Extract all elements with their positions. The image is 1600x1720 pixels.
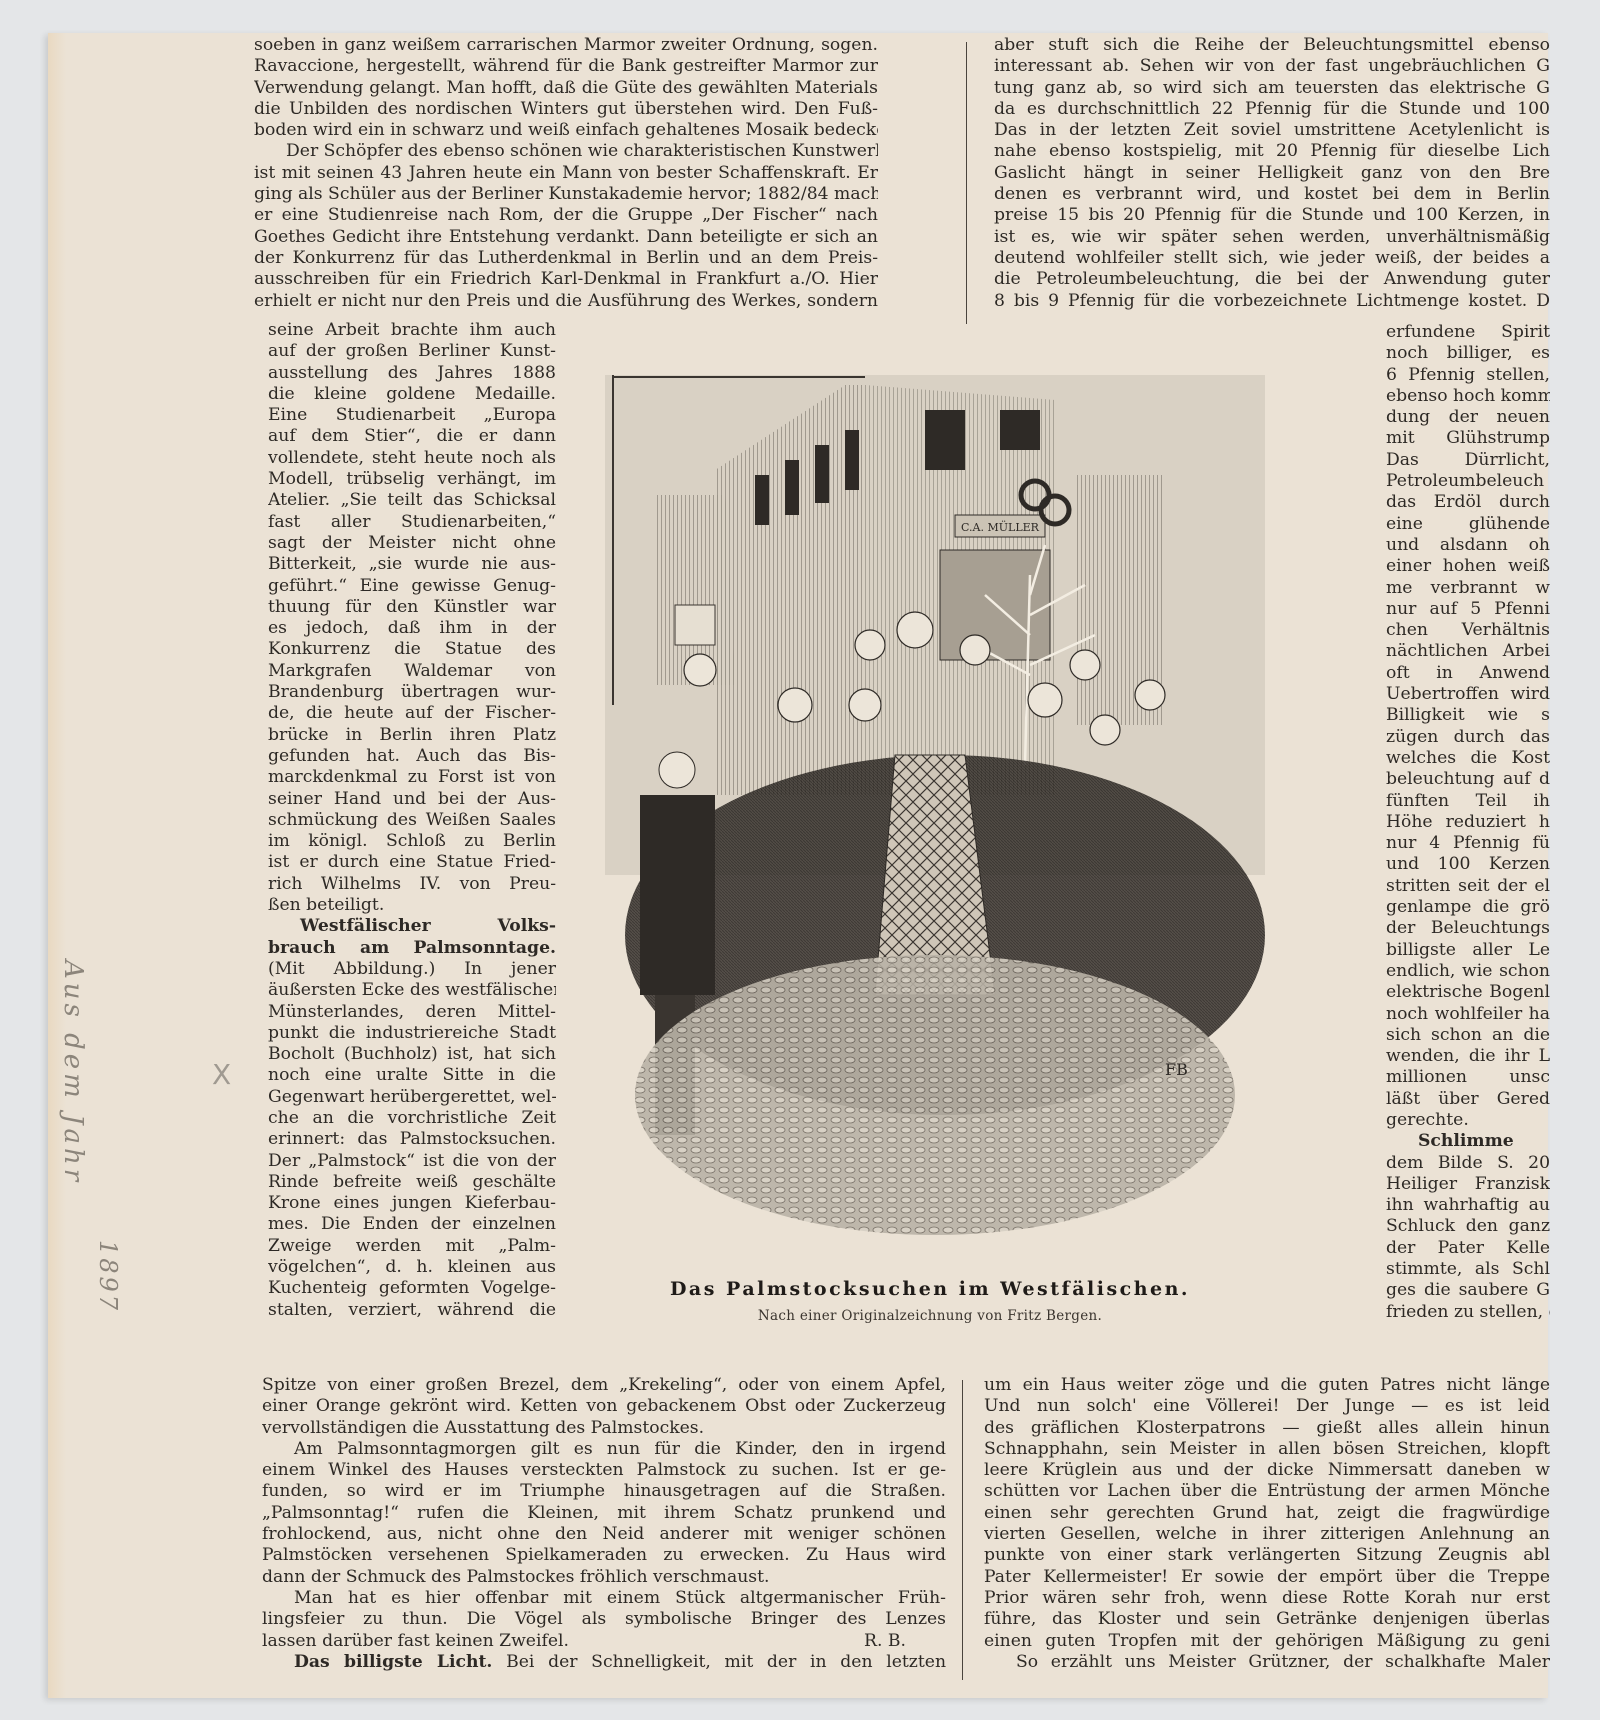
text-line: Billigkeit wie s [1386, 705, 1550, 726]
caption-title: Das Palmstocksuchen im Westfälischen. [640, 1278, 1220, 1300]
text-line: de, die heute auf der Fischer- [268, 703, 556, 724]
text-line: läßt über Gered [1386, 1089, 1550, 1110]
text-line: ist es, wie wir später sehen werden, unv… [994, 227, 1550, 248]
text-line: dem Bilde S. 20 [1386, 1153, 1550, 1174]
text-line: Schluck den ganz [1386, 1216, 1550, 1237]
pencil-mark: X [212, 1058, 231, 1091]
text-line: beleuchtung auf d [1386, 769, 1550, 790]
text-line: frieden zu stellen, d [1386, 1302, 1550, 1323]
text-line: da es durchschnittlich 22 Pfennig für di… [994, 99, 1550, 120]
text-line: der Pater Kelle [1386, 1238, 1550, 1259]
text-line: oft in Anwend [1386, 663, 1550, 684]
text-line: Der Schöpfer des ebenso schönen wie char… [254, 141, 878, 162]
text-line: brücke in Berlin ihren Platz [268, 725, 556, 746]
top-left-column: soeben in ganz weißem carrarischen Marmo… [254, 35, 878, 312]
text-line: tung ganz ab, so wird sich am teuersten … [994, 78, 1550, 99]
text-line: thuung für den Künstler war [268, 597, 556, 618]
text-line: soeben in ganz weißem carrarischen Marmo… [254, 35, 878, 56]
text-line: ßen beteiligt. [268, 895, 556, 916]
text-line: Petroleumbeleuch [1386, 471, 1550, 492]
text-line: punkte von einer stark verlängerten Sitz… [984, 1545, 1550, 1566]
caption-credit: Nach einer Originalzeichnung von Fritz B… [640, 1308, 1220, 1324]
text-line: Gegenwart herübergerettet, wel- [268, 1087, 556, 1108]
text-line: che an die vorchristliche Zeit [268, 1108, 556, 1129]
text-line: und alsdann oh [1386, 535, 1550, 556]
text-line: äußersten Ecke des westfälischen [268, 980, 556, 1001]
text-line: schmückung des Weißen Saales [268, 810, 556, 831]
text-line: boden wird ein in schwarz und weiß einfa… [254, 120, 878, 141]
text-line: führe, das Kloster und sein Getränke den… [984, 1609, 1550, 1630]
bottom-left-column: Spitze von einer großen Brezel, dem „Kre… [262, 1375, 946, 1673]
text-line: noch billiger, es [1386, 343, 1550, 364]
top-right-column: aber stuft sich die Reihe der Beleuchtun… [994, 35, 1550, 312]
section-heading: brauch am Palmsonntage. [268, 938, 556, 959]
text-line: dung der neuen [1386, 407, 1550, 428]
text-line: elektrische Bogenl [1386, 982, 1550, 1003]
text-line: nur auf 5 Pfenni [1386, 599, 1550, 620]
text-line: marckdenkmal zu Forst ist von [268, 767, 556, 788]
text-line: eine glühende [1386, 514, 1550, 535]
text-line: So erzählt uns Meister Grützner, der sch… [984, 1652, 1550, 1673]
text-line: sich schon an die [1386, 1025, 1550, 1046]
handwritten-source-note: Aus dem Jahr [58, 960, 88, 1185]
text-line: interessant ab. Sehen wir von der fast u… [994, 56, 1550, 77]
text-line: Am Palmsonntagmorgen gilt es nun für die… [262, 1439, 946, 1460]
text-line: der Konkurrenz für das Lutherdenkmal in … [254, 248, 878, 269]
text-line: ist mit seinen 43 Jahren heute ein Mann … [254, 163, 878, 184]
text-line: einem Winkel des Hauses versteckten Palm… [262, 1460, 946, 1481]
text-line: millionen unsc [1386, 1067, 1550, 1088]
text-line: chen Verhältnis [1386, 620, 1550, 641]
text-line: er eine Studienreise nach Rom, der die G… [254, 205, 878, 226]
text-line: noch wohlfeiler ha [1386, 1004, 1550, 1025]
text-line: fünften Teil ih [1386, 791, 1550, 812]
text-line: preise 15 bis 20 Pfennig für die Stunde … [994, 205, 1550, 226]
text-line: des gräflichen Klosterpatrons — gießt al… [984, 1418, 1550, 1439]
text-line: ihn wahrhaftig au [1386, 1195, 1550, 1216]
text-line: einer hohen weiß [1386, 556, 1550, 577]
text-line: Und nun solch' eine Völlerei! Der Junge … [984, 1396, 1550, 1417]
text-line: Man hat es hier offenbar mit einem Stück… [262, 1588, 946, 1609]
text-line: dann der Schmuck des Palmstockes fröhlic… [262, 1567, 946, 1588]
text-line: zügen durch das [1386, 727, 1550, 748]
text-line: geführt.“ Eine gewisse Genug- [268, 576, 556, 597]
text-line: leere Krüglein aus und der dicke Nimmers… [984, 1460, 1550, 1481]
section-start: Das billigste Licht. Bei der Schnelligke… [262, 1652, 946, 1673]
text-line: lassen darüber fast keinen Zweifel. [262, 1631, 569, 1652]
text-line: ges die saubere G [1386, 1280, 1550, 1301]
text-line: im königl. Schloß zu Berlin [268, 831, 556, 852]
text-line: denen es verbrannt wird, und kostet bei … [994, 184, 1550, 205]
text-line: genlampe die grö [1386, 897, 1550, 918]
text-line: Das Dürrlicht, [1386, 450, 1550, 471]
text-line: vögelchen“, d. h. kleinen aus [268, 1257, 556, 1278]
section-heading: Westfälischer Volks- [268, 916, 556, 937]
text-line: mit Glühstrump [1386, 428, 1550, 449]
text-line: Kuchenteig geformten Vogelge- [268, 1278, 556, 1299]
text-line: der Beleuchtungs [1386, 918, 1550, 939]
text-line: Uebertroffen wird [1386, 684, 1550, 705]
text-line: Pater Kellermeister! Er sowie der empört… [984, 1567, 1550, 1588]
text-line: auf dem Stier“, die er dann [268, 426, 556, 447]
text-line: 6 Pfennig stellen, [1386, 365, 1550, 386]
text-line: wenden, die ihr L [1386, 1046, 1550, 1067]
text-line: „Palmsonntag!“ rufen die Kleinen, mit ih… [262, 1503, 946, 1524]
narrow-left-column: seine Arbeit brachte ihm auchauf der gro… [268, 320, 556, 1321]
text-line: gerechte. [1386, 1110, 1550, 1131]
text-line: rich Wilhelms IV. von Preu- [268, 874, 556, 895]
text-line: ebenso hoch komm [1386, 386, 1550, 407]
text-line: vollendete, steht heute noch als [268, 448, 556, 469]
text-line: welches die Kost [1386, 748, 1550, 769]
text-line: Modell, trübselig verhängt, im [268, 469, 556, 490]
engraving-illustration: C.A. MÜLLER [605, 375, 1265, 1245]
text-line: aber stuft sich die Reihe der Beleuchtun… [994, 35, 1550, 56]
text-line: noch eine uralte Sitte in die [268, 1065, 556, 1086]
palmstock-engraving: C.A. MÜLLER [605, 375, 1265, 1245]
text-line: erfundene Spirit [1386, 322, 1550, 343]
text-line: Konkurrenz die Statue des [268, 639, 556, 660]
text-line: Ravaccione, hergestellt, während für die… [254, 56, 878, 77]
text-line: stimmte, als Schl [1386, 1259, 1550, 1280]
text-line: fast aller Studienarbeiten,“ [268, 512, 556, 533]
text-line: 8 bis 9 Pfennig für die vorbezeichnete L… [994, 291, 1550, 312]
text-line: Der „Palmstock“ ist die von der [268, 1151, 556, 1172]
text-line: ging als Schüler aus der Berliner Kunsta… [254, 184, 878, 205]
text-line: einen guten Tropfen mit der gehörigen Mä… [984, 1631, 1550, 1652]
text-line: vierten Gesellen, welche in ihrer zitter… [984, 1524, 1550, 1545]
section-heading: Das billigste Licht. [294, 1652, 492, 1672]
text-line: vervollständigen die Ausstattung des Pal… [262, 1418, 946, 1439]
text-line: Krone eines jungen Kieferbau- [268, 1193, 556, 1214]
text-line: Gaslicht hängt in seiner Helligkeit ganz… [994, 163, 1550, 184]
text-line: Brandenburg übertragen wur- [268, 682, 556, 703]
text-line: lingsfeier zu thun. Die Vögel als symbol… [262, 1609, 946, 1630]
text-line: sagt der Meister nicht ohne [268, 533, 556, 554]
text-line: Verwendung gelangt. Man hofft, daß die G… [254, 78, 878, 99]
text-line: funden, so wird er im Triumphe hinausget… [262, 1481, 946, 1502]
text-line: erinnert: das Palmstocksuchen. [268, 1129, 556, 1150]
text-line: einen sehr gerechten Grund hat, zeigt di… [984, 1503, 1550, 1524]
text-line: Rinde befreite weiß geschälte [268, 1172, 556, 1193]
text-line: ausschreiben für ein Friedrich Karl-Denk… [254, 269, 878, 290]
column-divider-top [966, 42, 967, 324]
text-line: Schnapphahn, sein Meister in allen bösen… [984, 1439, 1550, 1460]
narrow-right-column: erfundene Spiritnoch billiger, es6 Pfenn… [1386, 322, 1550, 1323]
text-line: schütten vor Lachen über die Entrüstung … [984, 1481, 1550, 1502]
text-line: Das in der letzten Zeit soviel umstritte… [994, 120, 1550, 141]
author-initials: R. B. [864, 1631, 906, 1652]
text-line: Palmstöcken versehenen Spielkameraden zu… [262, 1545, 946, 1566]
text-line: das Erdöl durch [1386, 492, 1550, 513]
text-line: billigste aller Le [1386, 940, 1550, 961]
text-line: Heiliger Franzisk [1386, 1174, 1550, 1195]
text-line: mes. Die Enden der einzelnen [268, 1214, 556, 1235]
text-line: deutend wohlfeiler stellt sich, wie jede… [994, 248, 1550, 269]
text-line: Münsterlandes, deren Mittel- [268, 1002, 556, 1023]
text-line: die Petroleumbeleuchtung, die bei der An… [994, 269, 1550, 290]
shop-sign-text: C.A. MÜLLER [961, 520, 1040, 534]
text-line: Atelier. „Sie teilt das Schicksal [268, 490, 556, 511]
text-line: und 100 Kerzen [1386, 854, 1550, 875]
text-line: seine Arbeit brachte ihm auch [268, 320, 556, 341]
text-line: um ein Haus weiter zöge und die guten Pa… [984, 1375, 1550, 1396]
text-line: Bei der Schnelligkeit, mit der in den le… [492, 1652, 946, 1672]
artist-monogram: FB [1165, 1060, 1188, 1079]
text-line: ausstellung des Jahres 1888 [268, 363, 556, 384]
text-line: es jedoch, daß ihm in der [268, 618, 556, 639]
text-line: stritten seit der el [1386, 876, 1550, 897]
text-line: frohlockend, aus, nicht ohne den Neid an… [262, 1524, 946, 1545]
illustration-caption: Das Palmstocksuchen im Westfälischen. Na… [640, 1278, 1220, 1324]
text-line: lassen darüber fast keinen Zweifel.R. B. [262, 1631, 946, 1652]
text-line: Zweige werden mit „Palm- [268, 1236, 556, 1257]
section-heading: Schlimme [1386, 1131, 1550, 1152]
text-line: ist er durch eine Statue Fried- [268, 852, 556, 873]
text-line: auf der großen Berliner Kunst- [268, 341, 556, 362]
text-line: punkt die industriereiche Stadt [268, 1023, 556, 1044]
text-line: gefunden hat. Auch das Bis- [268, 746, 556, 767]
text-line: me verbrannt w [1386, 578, 1550, 599]
text-line: erhielt er nicht nur den Preis und die A… [254, 291, 878, 312]
text-line: einer Orange gekrönt wird. Ketten von ge… [262, 1396, 946, 1417]
text-line: endlich, wie schon [1386, 961, 1550, 982]
text-line: die kleine goldene Medaille. [268, 384, 556, 405]
handwritten-year: 1897 [94, 1240, 122, 1313]
text-line: Bitterkeit, „sie wurde nie aus- [268, 554, 556, 575]
bottom-right-column: um ein Haus weiter zöge und die guten Pa… [984, 1375, 1550, 1673]
text-line: nahe ebenso kostspielig, mit 20 Pfennig … [994, 141, 1550, 162]
text-line: nur 4 Pfennig fü [1386, 833, 1550, 854]
text-line: Spitze von einer großen Brezel, dem „Kre… [262, 1375, 946, 1396]
text-line: nächtlichen Arbei [1386, 641, 1550, 662]
text-line: Höhe reduziert h [1386, 812, 1550, 833]
column-divider-bottom [962, 1380, 963, 1680]
text-line: seiner Hand und bei der Aus- [268, 789, 556, 810]
text-line: (Mit Abbildung.) In jener [268, 959, 556, 980]
text-line: Goethes Gedicht ihre Entstehung verdankt… [254, 227, 878, 248]
text-line: Bocholt (Buchholz) ist, hat sich [268, 1044, 556, 1065]
text-line: Markgrafen Waldemar von [268, 661, 556, 682]
text-line: stalten, verziert, während die [268, 1300, 556, 1321]
text-line: Eine Studienarbeit „Europa [268, 405, 556, 426]
text-line: Prior wären sehr froh, wenn diese Rotte … [984, 1588, 1550, 1609]
text-line: die Unbilden des nordischen Winters gut … [254, 99, 878, 120]
paper-edge [48, 33, 66, 1698]
